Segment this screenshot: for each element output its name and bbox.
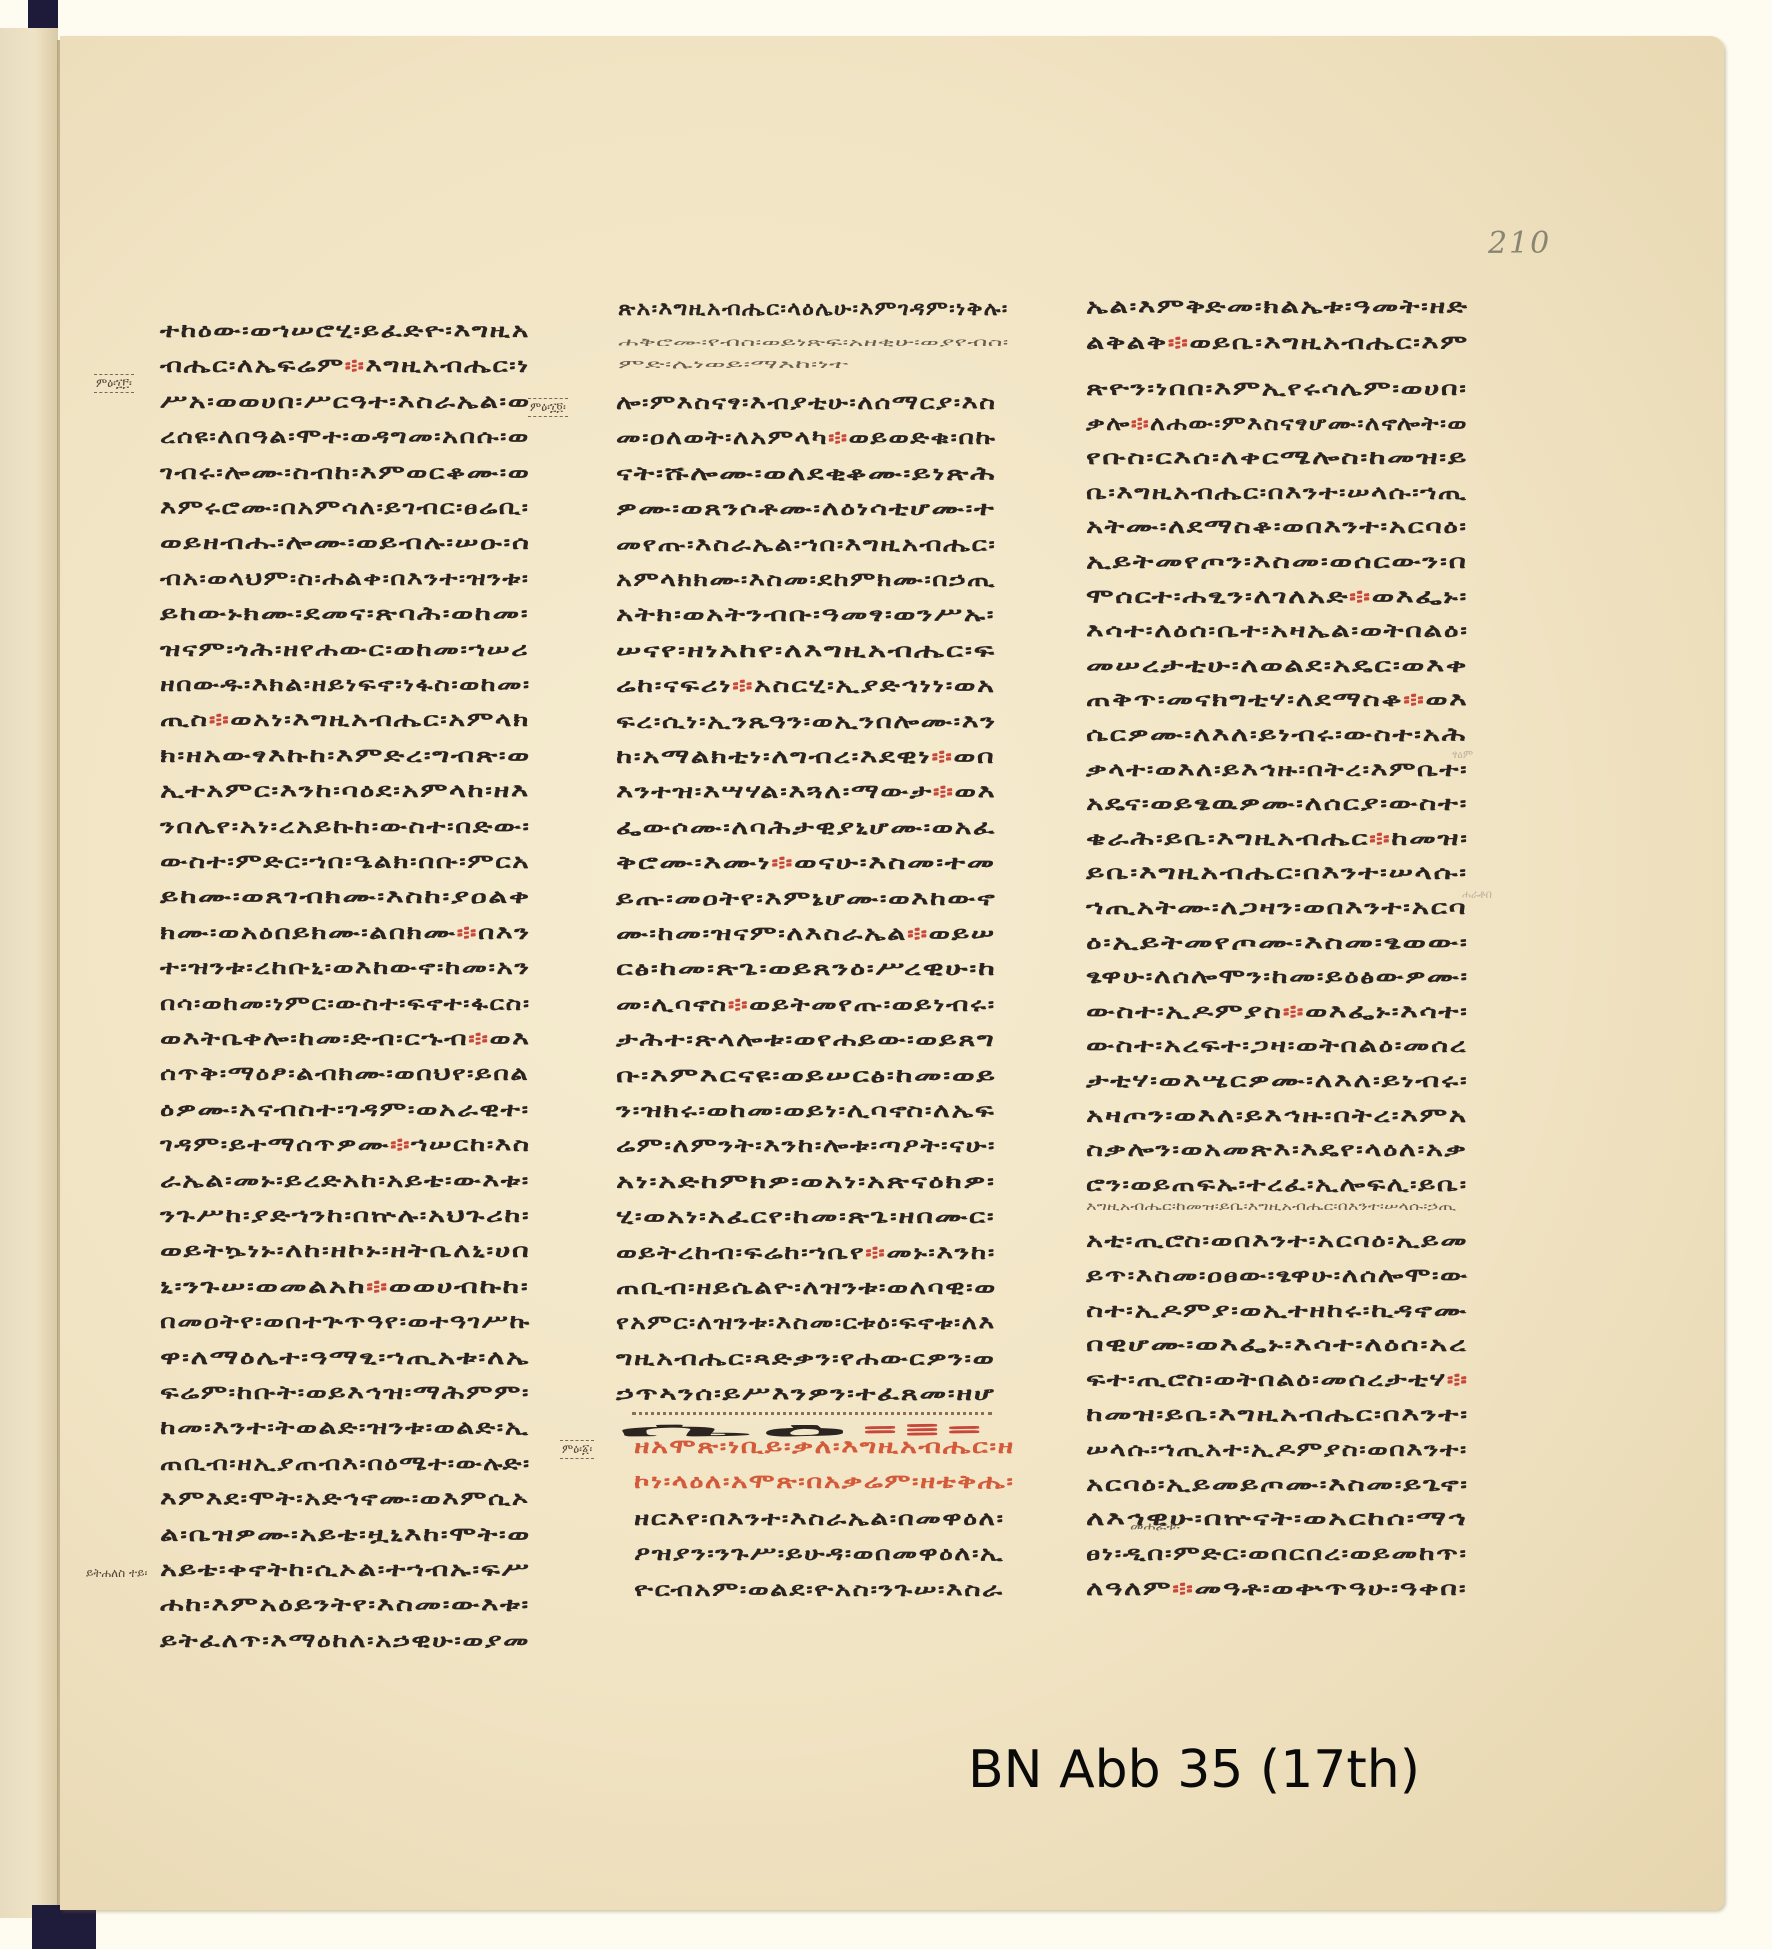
text-line: ክ፡ዘአውፃእኩከ፡እምድረ፡ግብጽ፡ወ (160, 745, 531, 767)
section-mark: ፨ (771, 852, 794, 874)
text-line: አትክ፡ወአትንብቡ፡ዓመፃ፡ወንሥኡ፡ (616, 604, 995, 626)
section-mark: ፨ (456, 922, 477, 944)
text-line: ራኤል፡መኑ፡ይረድአከ፡አይቴ፡ውእቱ፡ (160, 1170, 530, 1192)
text-line: ፍረ፡ሲነ፡ኢንጼዓን፡ወኢንበሎሙ፡እን (616, 711, 997, 733)
text-line: ታሕተ፡ጽላሎቱ፡ወየሐይው፡ወይጸግ (616, 1029, 995, 1051)
text-line: ቅሮሙ፡እሙነ፨ወናሁ፡እስመ፡ተመ (616, 852, 996, 874)
text-line: ጢስ፨ወአነ፡እግዚአብሔር፡አምላክ (160, 709, 530, 731)
text-line: በዊሆሙ፡ወእፌኑ፡እሳተ፡ለዕሰ፡አረ (1086, 1334, 1468, 1356)
text-line: መ፡ዐለወት፡ለአምላካ፨ወይወድቁ፡በኩ (616, 427, 996, 449)
text-line: ሐከ፡እምአዕይንትየ፡እስመ፡ውእቱ፡ (160, 1594, 530, 1616)
text-line: መየጡ፡እስራኤል፡ኀበ፡እግዚአብሔር፡ (616, 534, 996, 556)
text-line: ውስተ፡ኢዶምያስ፨ወእፌኑ፡እሳተ፡ (1086, 1001, 1469, 1023)
text-line: አነ፡አድከምክዎ፡ወአነ፡አጽናዕክዎ፡ (616, 1171, 996, 1193)
text-line: ኮነ፡ላዕለ፡አሞጽ፡በአቃሬም፡ዘቴቅሔ፡ (634, 1471, 1015, 1493)
text-line: ኃጥኣንሰ፡ይሥእንዎን፡ተፈጸመ፡ዘሆ (616, 1383, 995, 1405)
text-line: ግዚአብሔር፡ጻድቃን፡የሐውርዎን፡ወ (616, 1348, 995, 1370)
text-line: ቤ፡እግዚአብሔር፡በእንተ፡ሠላሱ፡ኀጢ (1086, 482, 1467, 504)
text-line: ዝናም፡ጎሕ፡ዘየሐውር፡ወከመ፡ኀሠሪ (160, 639, 529, 661)
binding-bottom (32, 1905, 96, 1949)
text-line: ለዓለም፨መዓቶ፡ወቍጥዓሁ፡ዓቀበ፡ (1086, 1578, 1467, 1600)
text-line: ፍሬም፡ከቡት፡ወይእኅዝ፡ማሕምም፡ (160, 1382, 530, 1404)
section-mark: ፨ (1283, 1001, 1305, 1023)
text-line: ይጥ፡እስመ፡ዐፀው፡ፄዋሁ፡ለሰሎሞ፡ው (1086, 1265, 1469, 1287)
section-mark: ፨ (828, 427, 849, 449)
text-line: ሰጥቅ፡ማዕፆ፡ልብክሙ፡ወበህየ፡ይበል (160, 1063, 529, 1085)
text-line: የአምር፡ለዝንቱ፡እስመ፡ርቱዕ፡ፍኖቱ፡ለእ (616, 1312, 995, 1334)
text-line: መሐፈቱ፡ (1130, 1520, 1180, 1534)
text-line: ፄዋሁ፡ለሰሎሞን፡ከመ፡ይዕፅውዎሙ፡ (1086, 966, 1469, 988)
text-line: ረሰዩ፡ለበዓል፡ሞተ፡ወዳግመ፡አበሱ፡ወ (160, 426, 530, 448)
text-line: ከመ፡እንተ፡ትወልድ፡ዝንቱ፡ወልድ፡ኢ (160, 1417, 530, 1439)
text-line: በሳ፡ወከመ፡ነምር፡ውስተ፡ፍኖተ፡ፋርስ፡ (160, 993, 531, 1015)
text-line: ዖዝያን፡ንጉሥ፡ይሁዳ፡ወበመዋዕለ፡ኢ (634, 1543, 1004, 1565)
text-line: አርባዕ፡ኢይመይጦሙ፡እስመ፡ይጌኖ፡ (1086, 1474, 1469, 1496)
text-line: ኒ፡ንጉሠ፡ወመልአከ፨ወወሀብኩከ፡ (160, 1276, 529, 1298)
section-mark: ፨ (1369, 828, 1391, 850)
text-line: ናት፡ሹሎሙ፡ወለደቂቆሙ፡ይነጽሕ (616, 463, 997, 485)
section-mark: ፨ (209, 709, 231, 731)
text-line: ፀነ፡ዲበ፡ምድር፡ወበርበረ፡ወይመከጥ፡ (1086, 1543, 1468, 1565)
text-line: መሠረታቲሁ፡ለወልደ፡አዴር፡ወእቀ (1086, 655, 1468, 677)
text-line: እግዚአብሔር፡ከመዝ፡ይቤ፡እግዚአብሔር፡በእንተ፡ሠላሱ፡ኃጢ (1086, 1200, 1456, 1214)
faint-marginal-note: ፃዕም (1452, 748, 1473, 762)
text-line: ጠቅጥ፡መናክግቲሃ፡ለደማስቆ፨ወእ (1086, 689, 1468, 711)
text-line: ወይዘብሑ፡ሎሙ፡ወይብሉ፡ሠዑ፡ሰ (160, 532, 531, 554)
text-line: ፍተ፡ጢሮስ፡ወትበልዕ፡መሰረታቲሃ፨ (1086, 1369, 1469, 1391)
text-line: አዴና፡ወይፄዉዎሙ፡ለሰርያ፡ውስተ፡ (1086, 793, 1468, 815)
text-line: ጽዮን፡ነበበ፡እምኢየሩሳሌም፡ወሀበ፡ (1086, 378, 1468, 400)
text-line: ታቲሃ፡ወእሤርዎሙ፡ለእለ፡ይነብሩ፡ (1086, 1070, 1469, 1092)
section-mark: ፨ (865, 1242, 886, 1264)
text-line: ውስተ፡አረፍተ፡ጋዛ፡ወትበልዕ፡መሰረ (1086, 1035, 1467, 1057)
text-line: ይከውኑክሙ፡ደመና፡ጽባሕ፡ወከመ፡ (160, 603, 529, 625)
text-line: ዕ፡ኢይትመየጦሙ፡እስመ፡ፄወው፡ (1086, 932, 1469, 954)
text-line: ይጡ፡መዐትየ፡እምኔሆሙ፡ወእከውኖ (616, 888, 996, 910)
text-line: ከመዝ፡ይቤ፡እግዚአብሔር፡በእንተ፡ (1086, 1404, 1469, 1426)
text-line: ሮን፡ወይጠፍኡ፡ተረፈ፡ኢሎፍሊ፡ይቤ፡ (1086, 1174, 1468, 1196)
text-line: ቃላተ፡ወእለ፡ይእኅዙ፡በትረ፡እምቤተ፡ (1086, 759, 1468, 781)
text-line: አምላክክሙ፡እስመ፡ደከምክሙ፡በኃጢ (616, 569, 996, 591)
section-mark: ፨ (390, 1134, 411, 1156)
text-line: ሞሰርተ፡ሐፂን፡ለገለአድ፨ወእፌኑ፡ (1086, 586, 1468, 608)
text-line: ኢይትመየጦን፡እስመ፡ወሰርውን፡በ (1086, 551, 1468, 573)
text-line: አቲ፡ጢሮስ፡ወበእንተ፡አርባዕ፡ኢይመ (1086, 1230, 1468, 1252)
section-mark: ፨ (468, 1028, 489, 1050)
margin-note: ይትሐለስ ተይ፡ (86, 1566, 147, 1581)
text-line: ሠላሱ፡ኀጢአተ፡ኢዶምያስ፡ወበእንተ፡ (1086, 1439, 1468, 1461)
text-line: ብሔር፡ለኤፍሬም፨እግዚአብሔር፡ነ (160, 355, 530, 377)
text-line: ጽአ፡እግዚአብሔር፡ላዕሌሁ፡እምገዳም፡ነቅሉ፡ (618, 298, 1009, 320)
text-line: ተከዕው፡ወኀሠሮሂ፡ይፈድዮ፡እግዚአ (160, 320, 530, 342)
margin-note: ምዕ፡፲፬፡ (528, 398, 568, 417)
text-line: ገዳም፡ይተማሰጥዎሙ፨ኀሠርከ፡እስ (160, 1134, 531, 1156)
text-line: ዘበውዱ፡እክል፡ዘይነፍኖ፡ነፋስ፡ወከመ፡ (160, 674, 531, 696)
section-mark: ፨ (1447, 1369, 1469, 1391)
text-line: እምሩሮሙ፡በአምሳለ፡ይገብር፡ፀሬቢ፡ (160, 497, 529, 519)
text-line: ዎሙ፡ወጸንሶቶሙ፡ለዕነሳቲሆሙ፡ተ (616, 498, 995, 520)
section-mark: ፨ (732, 675, 754, 697)
section-mark: ፨ (907, 923, 929, 945)
text-line: ብአ፡ወላህም፡ስ፡ሐልቀ፡በእንተ፡ዝንቱ፡ (160, 568, 529, 590)
section-mark: ፨ (728, 994, 749, 1016)
text-line: ዕዎሙ፡አናብስተ፡ገዳም፡ወአራዊተ፡ (160, 1099, 530, 1121)
section-mark: ፨ (344, 355, 365, 377)
text-line: ሠናየ፡ዘነአከየ፡ለእግዚአብሔር፡ፍ (616, 640, 996, 662)
section-mark: ፨ (1349, 586, 1372, 608)
text-line: እንተዝ፡እሣሃል፡እጓለ፡ማውታ፨ወእ (616, 781, 996, 803)
text-line: ን፡ዝክሩ፡ወከመ፡ወይነ፡ሊባኖስ፡ለኤፍ (616, 1100, 995, 1122)
text-line: አትሙ፡ለደማስቆ፡ወበእንተ፡አርባዕ፡ (1086, 516, 1468, 538)
text-line: ገብሩ፡ሎሙ፡ስብከ፡እምወርቆሙ፡ወ (160, 462, 530, 484)
text-line: ል፡ቤዝዎሙ፡አይቴ፡ዟኒእከ፡ሞት፡ወ (160, 1524, 531, 1546)
text-line: ቃሎ፨ለሐው፡ምእስናፃሆሙ፡ለኖሎት፡ወ (1086, 413, 1468, 435)
section-mark: ፨ (1131, 413, 1150, 435)
text-line: ጠቢብ፡ዘኢያጠብእ፡በዕሜተ፡ውሉድ፡ (160, 1453, 531, 1475)
text-line: አይቴ፡ቀኖትከ፡ሲኦል፡ተኀብኡ፡ፍሥ (160, 1559, 530, 1581)
margin-note: ምዕ፡፩፡ (560, 1440, 594, 1459)
text-line: ስተ፡ኢዶምያ፡ወኢተዘከሩ፡ኪዳኖሙ (1086, 1300, 1468, 1322)
text-line: ሥአ፡ወወሀበ፡ሥርዓተ፡እስራኤል፡ወ (160, 391, 531, 413)
text-line: የቡስ፡ርእሰ፡ለቀርሜሎስ፡ከመዝ፡ይ (1086, 447, 1468, 469)
text-line: ሐቅሮሙ፡የብስ፡ወይነጽፍ፡አዘቂሁ፡ወያየብስ፡ (618, 336, 1009, 350)
text-line: ኀጢአትሙ፡ለጋዛን፡ወበእንተ፡አርባ (1086, 897, 1467, 919)
text-line: ንበሌየ፡አነ፡ረአይኩከ፡ውስተ፡በድው፡ (160, 816, 531, 838)
text-line: እምእደ፡ሞት፡አድኅኖሙ፡ወእምሲኦ (160, 1488, 530, 1510)
margin-note: ምዕ፡፲፫፡ (94, 374, 134, 393)
text-line: ይቤ፡እግዚአብሔር፡በእንተ፡ሠላሱ፡ (1086, 862, 1468, 884)
section-mark: ፨ (1403, 689, 1425, 711)
text-line: ይከሙ፡ወጸገብክሙ፡እስከ፡ያዐልቀ (160, 886, 531, 908)
text-line: ዘርእየ፡በእንተ፡እስራኤል፡በመዋዕለ፡ (634, 1508, 1005, 1530)
section-mark: ፨ (933, 781, 955, 803)
section-divider (632, 1412, 992, 1415)
text-line: ሎ፡ምእስናፃ፡እብያቲሁ፡ለሰማርያ፡እስ (616, 392, 996, 414)
text-line: በመዐትየ፡ወበተጕጥዓየ፡ወተዓገሥኩ (160, 1311, 531, 1333)
text-line: ኢተአምር፡እንከ፡ባዕደ፡አምላከ፡ዘእ (160, 780, 530, 802)
section-mark: ፨ (1172, 1578, 1194, 1600)
text-line: ስቃሎን፡ወአመጽእ፡እዴየ፡ላዕለ፡አቃ (1086, 1139, 1467, 1161)
text-line: ሙ፡ከመ፡ዝናም፡ለእስራኤል፨ወይሠ (616, 923, 996, 945)
folio-number: 210 (1488, 226, 1551, 261)
caption-label: BN Abb 35 (17th) (968, 1740, 1420, 1800)
text-line: ኤል፡እምቅድመ፡ክልኤቱ፡ዓመት፡ዘድ (1086, 296, 1469, 318)
text-line: ሬም፡ለምንት፡እንከ፡ሎቱ፡ጣዖት፡ናሁ፡ (616, 1135, 996, 1157)
text-line: መ፡ሊባኖስ፨ወይትመየጡ፡ወይነብሩ፡ (616, 994, 996, 1016)
text-line: ልቅልቅ፨ወይቤ፡እግዚአብሔር፡እም (1086, 332, 1469, 354)
text-line: ርፅ፡ከመ፡ጽጌ፡ወይጸንዕ፡ሥረዊሁ፡ከ (616, 958, 996, 980)
text-line: ክሙ፡ወአዕበይክሙ፡ልበክሙ፨በእን (160, 922, 531, 944)
text-line: አዛጦን፡ወእለ፡ይእኅዙ፡በትረ፡እምአ (1086, 1105, 1468, 1127)
text-line: ሴርዎሙ፡ለእለ፡ይነብሩ፡ውስተ፡አሕ (1086, 724, 1467, 746)
text-line: ፌውሶሙ፡ለባሕታዊያኒሆሙ፡ወአፈ (616, 817, 996, 839)
facing-page-edge (0, 28, 58, 1918)
text-line: ምድ፡ሌነወይ፡ማእከ፡ነተ (618, 358, 848, 372)
text-line: ዋ፡ለማዕሌተ፡ዓማፂ፡ኀጢአቱ፡ለኤ (160, 1347, 530, 1369)
text-line: ቄራሕ፡ይቤ፡እግዚአብሔር፨ከመዝ፡ (1086, 828, 1469, 850)
text-line: ዮርብአም፡ወልደ፡ዮአስ፡ንጉሠ፡እስራ (634, 1579, 1004, 1601)
section-mark: ፨ (931, 746, 953, 768)
text-line: ሂ፡ወአነ፡አፈርየ፡ከመ፡ጽጌ፡ዘበሙር፡ (616, 1206, 995, 1228)
text-line: እሳተ፡ለዕሰ፡ቤተ፡አዛኤል፡ወትበልዕ፡ (1086, 620, 1469, 642)
text-line: ወእትቤቀሎ፡ከመ፡ድብ፡ርኁብ፨ወእ (160, 1028, 530, 1050)
text-line: ንጉሥከ፡ያድኀንከ፡በኵሉ፡አህጉሪከ፡ (160, 1205, 530, 1227)
section-mark: ፨ (1168, 332, 1190, 354)
text-line: ውስተ፡ምድር፡ኀበ፡ዔልክ፡በቡ፡ምርአ (160, 851, 530, 873)
text-line: ዘአሞጽ፡ነቢይ፡ቃለ፡እግዚአብሔር፡ዘ (634, 1436, 1015, 1458)
text-line: ጠቢብ፡ዘይሴልዮ፡ለዝንቱ፡ወለባዊ፡ወ (616, 1277, 997, 1299)
text-line: ወይትረከብ፡ፍሬከ፡ኀቤየ፨መኑ፡እንከ፡ (616, 1242, 996, 1264)
text-line: ከ፡አማልክቲነ፡ለግብረ፡እደዊነ፨ወበ (616, 746, 995, 768)
text-line: ይትፈለጥ፡እማዕከለ፡አኃዊሁ፡ወያመ (160, 1630, 530, 1652)
text-line: ቡ፡እምእርናዩ፡ወይሠርፅ፡ከመ፡ወይ (616, 1065, 997, 1087)
section-mark: ፨ (366, 1276, 389, 1298)
text-line: ወይትኴነኑ፡ለከ፡ዘኮኑ፡ዘትቤለኒ፡ሀበ (160, 1240, 530, 1262)
text-line: ተ፡ዝንቱ፡ረከቡኒ፡ወእከውኖ፡ከመ፡አን (160, 957, 530, 979)
faint-marginal-note: ሐራቶበ (1462, 888, 1492, 902)
text-line: ሬከ፡ናፍሪነ፨አስርሂ፡ኢያድኅነነ፡ወአ (616, 675, 996, 697)
